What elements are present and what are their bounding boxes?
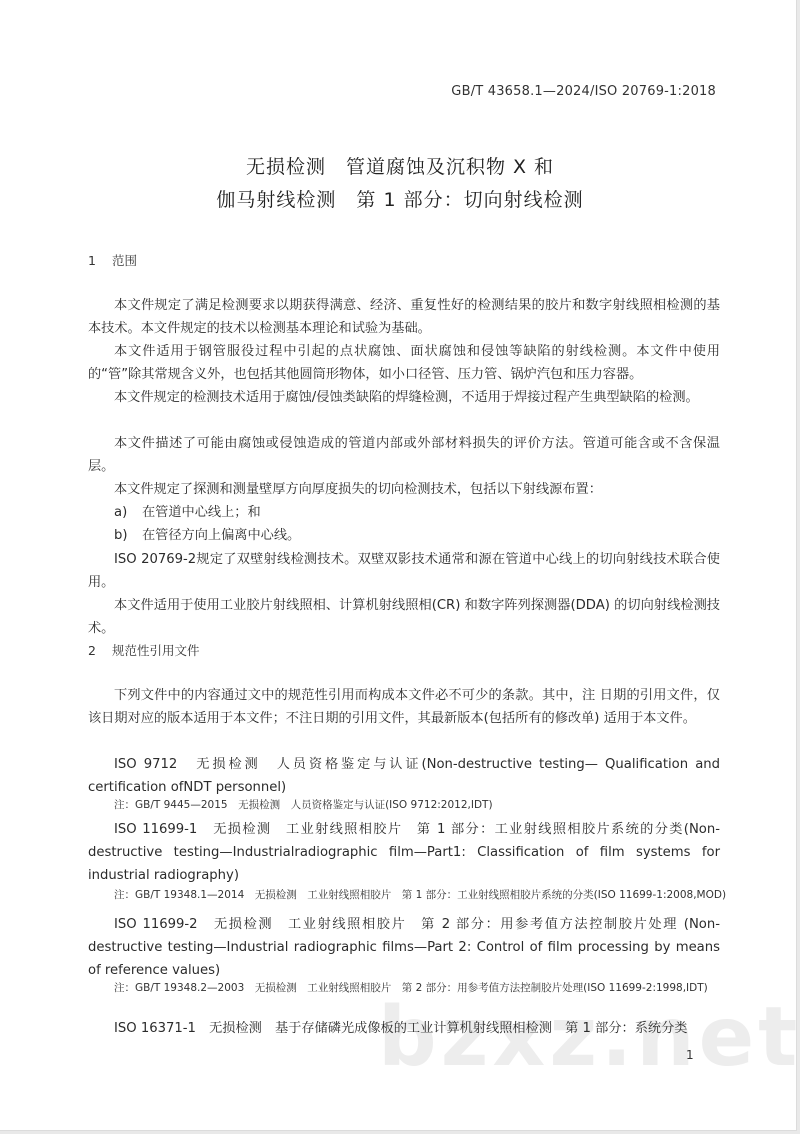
reference-note: 注：GB/T 19348.2—2003 无损检测 工业射线照相胶片 第 2 部分… xyxy=(114,979,748,997)
document-title-line1: 无损检测 管道腐蚀及沉积物 X 和 xyxy=(0,152,797,179)
reference-note: 注：GB/T 19348.1—2014 无损检测 工业射线照相胶片 第 1 部分… xyxy=(114,886,748,904)
section-title: 范围 xyxy=(112,253,137,268)
paragraph: ISO 20769-2规定了双壁射线检测技术。双壁双影技术通常和源在管道中心线上… xyxy=(88,548,720,594)
list-item: b)在管径方向上偏离中心线。 xyxy=(114,524,300,547)
paragraph: 本文件适用于钢管服役过程中引起的点状腐蚀、面状腐蚀和侵蚀等缺陷的射线检测。本文件… xyxy=(88,340,720,386)
list-item-text: 在管道中心线上；和 xyxy=(142,505,261,520)
section-heading-scope: 1范围 xyxy=(88,251,137,269)
list-item-label: a) xyxy=(114,501,142,524)
paragraph: 下列文件中的内容通过文中的规范性引用而构成本文件必不可少的条款。其中，注 日期的… xyxy=(88,684,720,730)
section-heading-normative-references: 2规范性引用文件 xyxy=(88,641,200,659)
reference-entry: ISO 9712 无损检测 人员资格鉴定与认证(Non-destructive … xyxy=(88,753,720,799)
paragraph: 本文件规定了满足检测要求以期获得满意、经济、重复性好的检测结果的胶片和数字射线照… xyxy=(88,294,720,340)
list-item: a)在管道中心线上；和 xyxy=(114,501,261,524)
paragraph: 本文件规定的检测技术适用于腐蚀/侵蚀类缺陷的焊缝检测，不适用于焊接过程产生典型缺… xyxy=(88,386,720,409)
list-item-label: b) xyxy=(114,524,142,547)
reference-note: 注：GB/T 9445—2015 无损检测 人员资格鉴定与认证(ISO 9712… xyxy=(114,796,748,814)
reference-entry: ISO 16371-1 无损检测 基于存储磷光成像板的工业计算机射线照相检测 第… xyxy=(88,1017,720,1040)
document-title-line2: 伽马射线检测 第 1 部分：切向射线检测 xyxy=(0,185,797,212)
section-number: 1 xyxy=(88,253,112,268)
section-title: 规范性引用文件 xyxy=(112,643,200,658)
paragraph: 本文件规定了探测和测量壁厚方向厚度损失的切向检测技术，包括以下射线源布置： xyxy=(88,478,720,501)
reference-entry: ISO 11699-2 无损检测 工业射线照相胶片 第 2 部分：用参考值方法控… xyxy=(88,913,720,982)
document-page: bzxz.net GB/T 43658.1—2024/ISO 20769-1:2… xyxy=(0,0,797,1131)
paragraph: 本文件描述了可能由腐蚀或侵蚀造成的管道内部或外部材料损失的评价方法。管道可能含或… xyxy=(88,432,720,478)
reference-entry: ISO 11699-1 无损检测 工业射线照相胶片 第 1 部分：工业射线照相胶… xyxy=(88,818,720,887)
page-number: 1 xyxy=(686,1048,694,1062)
standard-code: GB/T 43658.1—2024/ISO 20769-1:2018 xyxy=(451,84,716,99)
list-item-text: 在管径方向上偏离中心线。 xyxy=(142,528,300,543)
section-number: 2 xyxy=(88,643,112,658)
paragraph: 本文件适用于使用工业胶片射线照相、计算机射线照相(CR) 和数字阵列探测器(DD… xyxy=(88,594,720,640)
